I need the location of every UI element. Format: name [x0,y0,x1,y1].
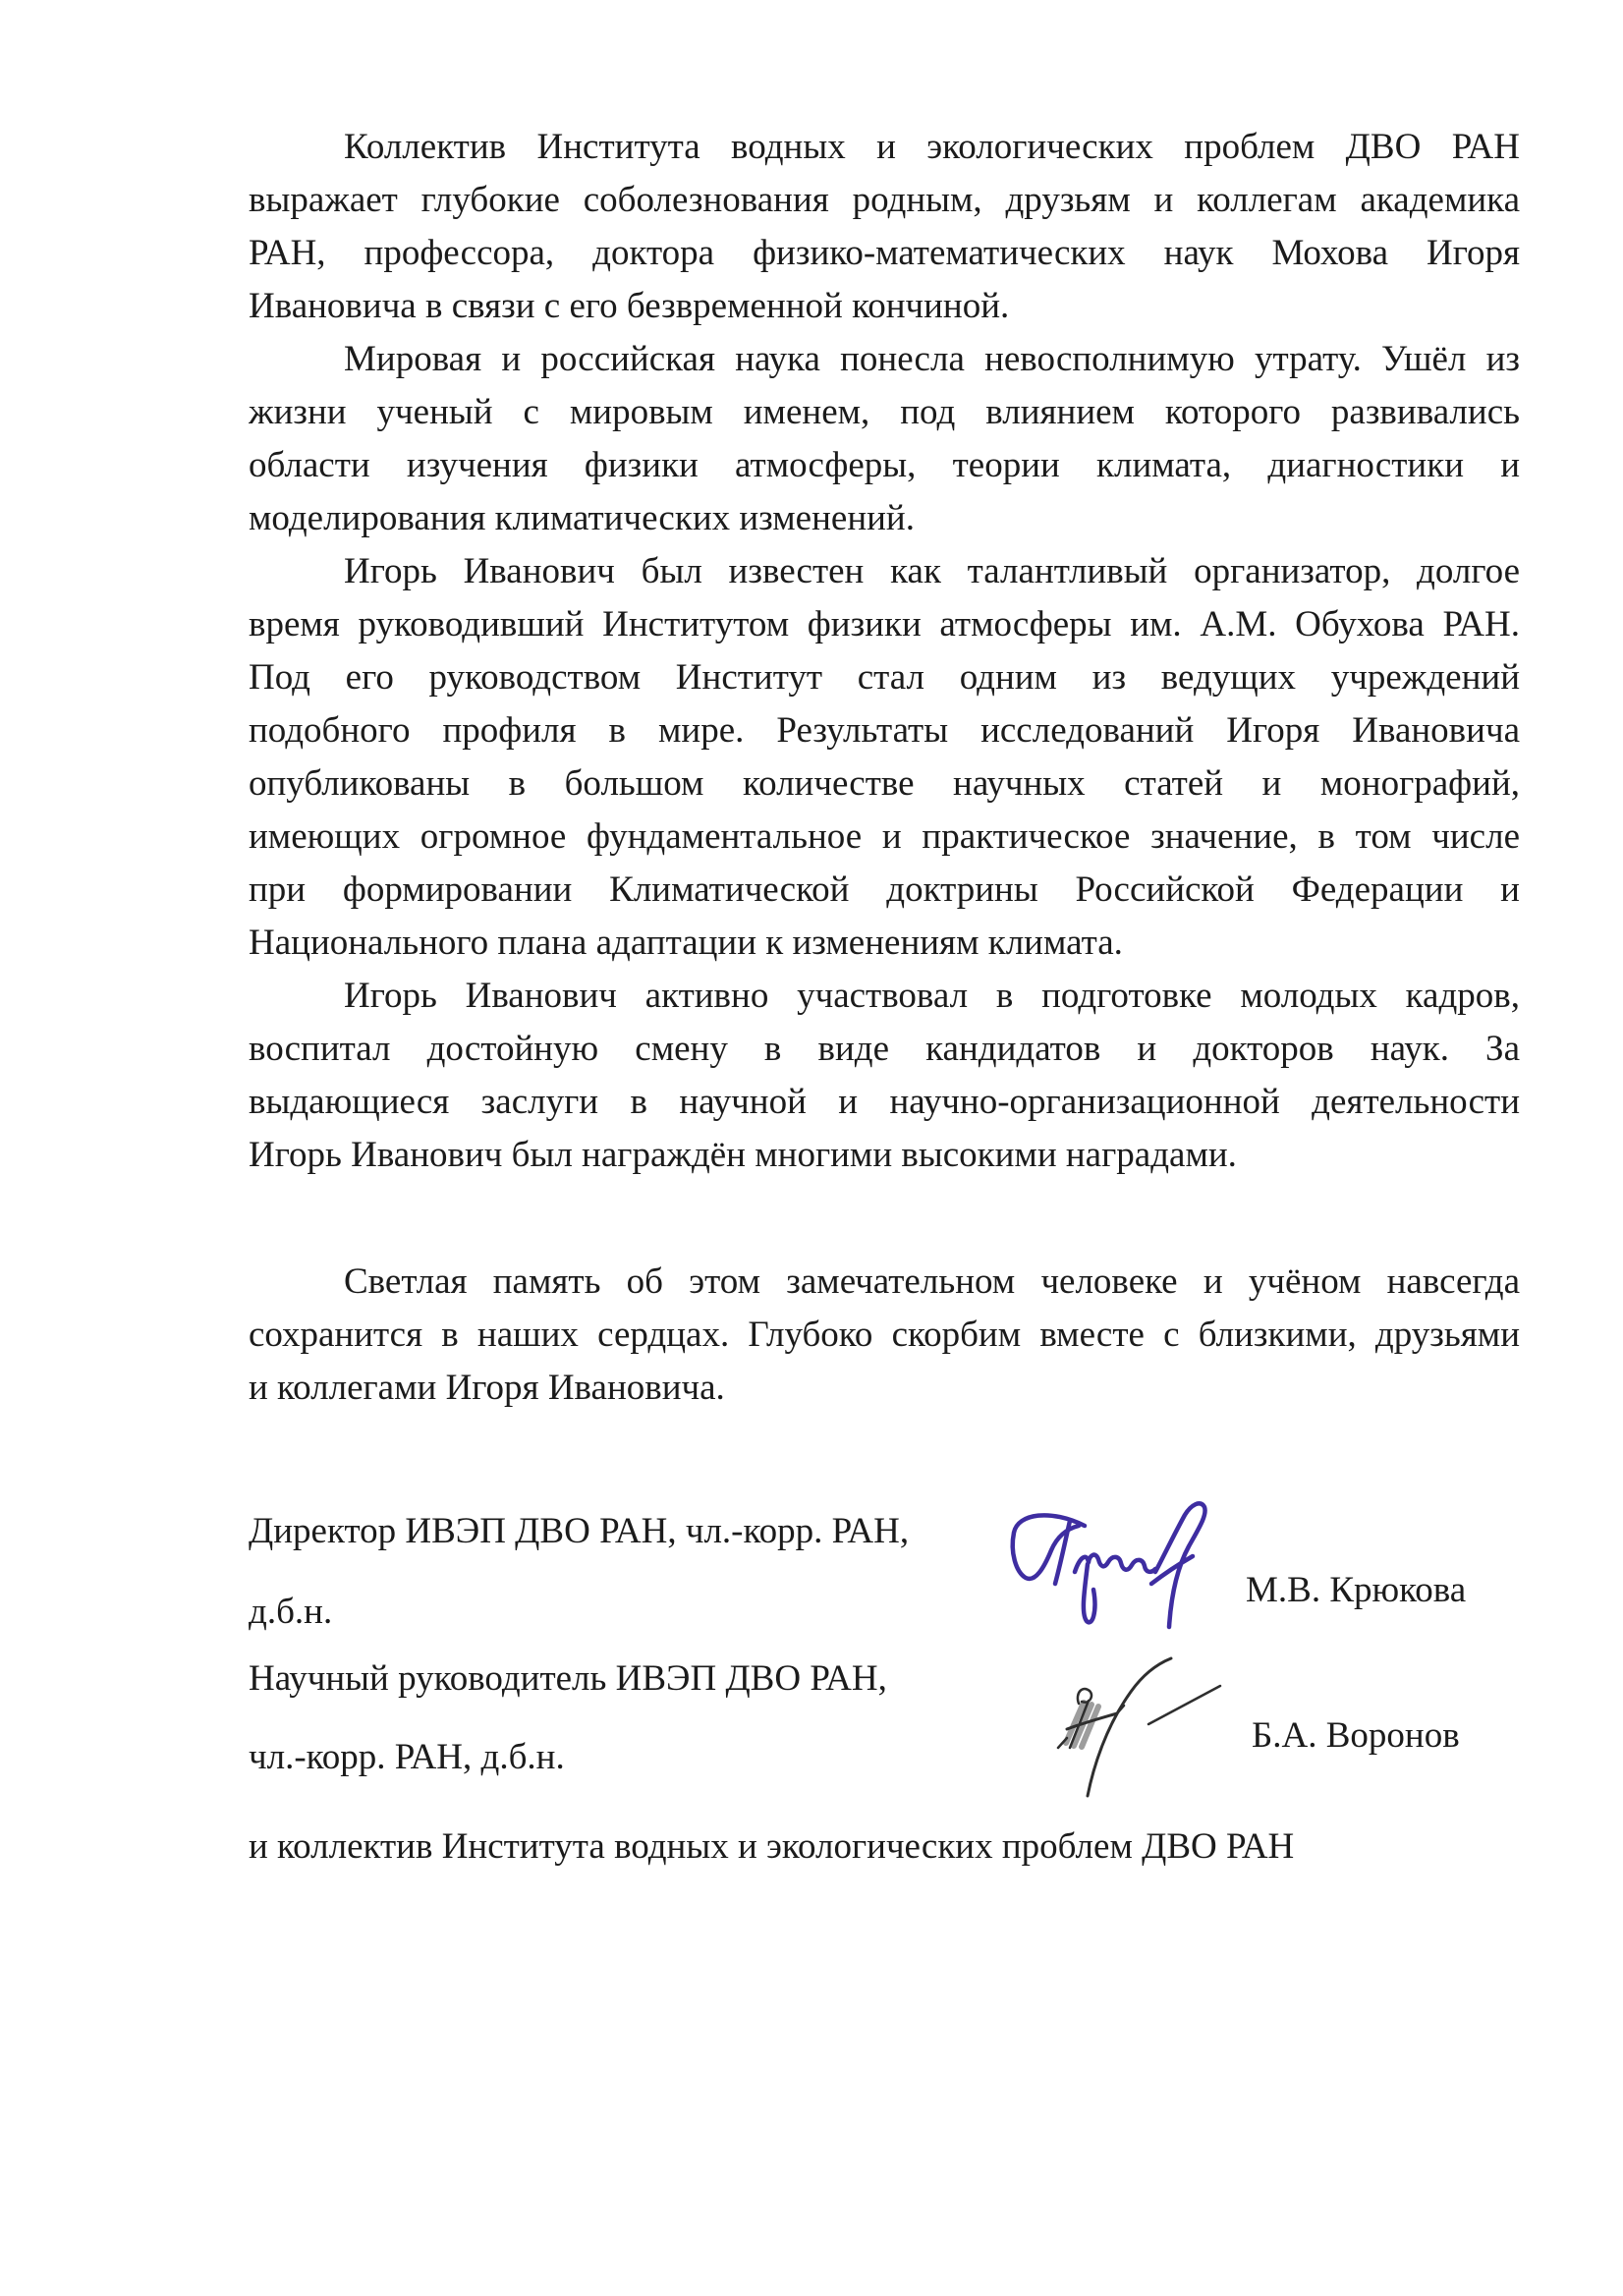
letter-line: Игорь Иванович был известен как талантли… [249,545,1520,598]
letter-line: воспитал достойную смену в виде кандидат… [249,1023,1520,1076]
letter-line: Мировая и российская наука понесла невос… [249,333,1520,386]
closing-collective-line: и коллектив Института водных и экологиче… [249,1824,1294,1870]
letter-line: Игорь Иванович был награждён многими выс… [249,1129,1520,1182]
letter-line: Коллектив Института водных и экологическ… [249,121,1520,174]
supervisor-name: Б.А. Воронов [1252,1713,1460,1759]
paragraph: Коллектив Института водных и экологическ… [249,121,1520,333]
letter-line: опубликованы в большом количестве научны… [249,757,1520,811]
director-title-line1: Директор ИВЭП ДВО РАН, чл.-корр. РАН, [249,1509,909,1554]
paragraph: Светлая память об этом замечательном чел… [249,1256,1520,1415]
letter-line: выдающиеся заслуги в научной и научно-ор… [249,1076,1520,1129]
paragraph: Игорь Иванович был известен как талантли… [249,545,1520,970]
supervisor-title-line1: Научный руководитель ИВЭП ДВО РАН, [249,1656,887,1702]
paragraph: Игорь Иванович активно участвовал в подг… [249,970,1520,1182]
letter-line: сохранится в наших сердцах. Глубоко скор… [249,1309,1520,1362]
voronov-signature-icon [1027,1631,1233,1808]
director-title-line2: д.б.н. [249,1590,332,1635]
letter-line: и коллегами Игоря Ивановича. [249,1362,1520,1415]
letter-line: подобного профиля в мире. Результаты исс… [249,704,1520,757]
letter-line: время руководивший Институтом физики атм… [249,598,1520,651]
paragraph: Мировая и российская наука понесла невос… [249,333,1520,545]
director-name: М.В. Крюкова [1246,1568,1466,1613]
letter-line: при формировании Климатической доктрины … [249,864,1520,917]
krukova-signature-icon [987,1472,1228,1644]
letter-line: области изучения физики атмосферы, теори… [249,439,1520,492]
letter-line: РАН, профессора, доктора физико-математи… [249,227,1520,280]
letter-line: имеющих огромное фундаментальное и практ… [249,811,1520,864]
letter-line: Под его руководством Институт стал одним… [249,651,1520,704]
letter-line: жизни ученый с мировым именем, под влиян… [249,386,1520,439]
letter-line: выражает глубокие соболезнования родным,… [249,174,1520,227]
letter-body: Коллектив Института водных и экологическ… [249,121,1520,1415]
supervisor-title-line2: чл.-корр. РАН, д.б.н. [249,1735,565,1780]
letter-line: Игорь Иванович активно участвовал в подг… [249,970,1520,1023]
letter-line: Национального плана адаптации к изменени… [249,917,1520,970]
letter-page: Коллектив Института водных и экологическ… [0,0,1623,2296]
letter-line: моделирования климатических изменений. [249,492,1520,545]
letter-line: Ивановича в связи с его безвременной кон… [249,280,1520,333]
letter-line: Светлая память об этом замечательном чел… [249,1256,1520,1309]
